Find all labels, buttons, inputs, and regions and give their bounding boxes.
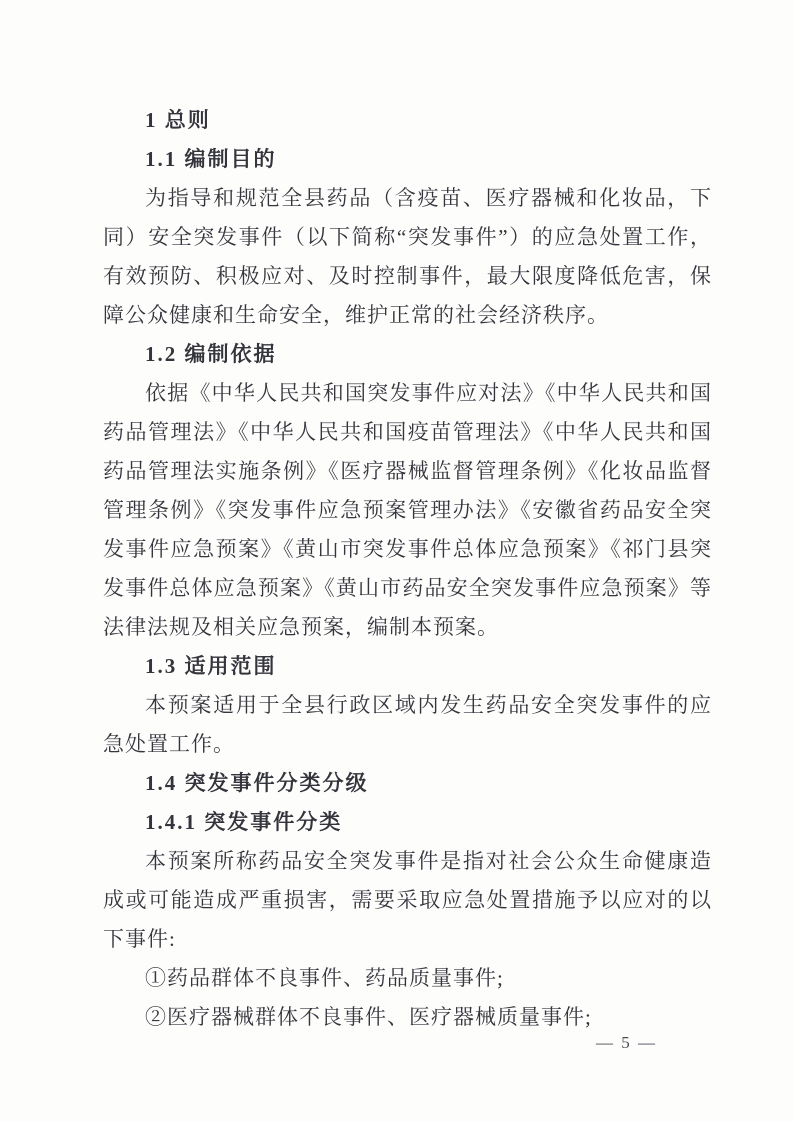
- page-number: — 5 —: [596, 1033, 657, 1053]
- paragraph-1-1: 为指导和规范全县药品（含疫苗、医疗器械和化妆品，下同）安全突发事件（以下简称“突…: [103, 179, 712, 335]
- list-item-drug-events: ①药品群体不良事件、药品质量事件;: [103, 959, 712, 998]
- document-page: 1 总则 1.1 编制目的 为指导和规范全县药品（含疫苗、医疗器械和化妆品，下同…: [0, 0, 793, 1122]
- list-item-device-events: ②医疗器械群体不良事件、医疗器械质量事件;: [103, 998, 712, 1037]
- heading-1-4-1: 1.4.1 突发事件分类: [103, 803, 712, 842]
- paragraph-1-3: 本预案适用于全县行政区域内发生药品安全突发事件的应急处置工作。: [103, 686, 712, 764]
- document-content: 1 总则 1.1 编制目的 为指导和规范全县药品（含疫苗、医疗器械和化妆品，下同…: [103, 101, 712, 1037]
- paragraph-1-4-1: 本预案所称药品安全突发事件是指对社会公众生命健康造成或可能造成严重损害，需要采取…: [103, 842, 712, 959]
- heading-1-4: 1.4 突发事件分类分级: [103, 764, 712, 803]
- heading-chapter-1: 1 总则: [103, 101, 712, 140]
- heading-1-2: 1.2 编制依据: [103, 335, 712, 374]
- heading-1-1: 1.1 编制目的: [103, 140, 712, 179]
- paragraph-1-2: 依据《中华人民共和国突发事件应对法》《中华人民共和国药品管理法》《中华人民共和国…: [103, 374, 712, 647]
- heading-1-3: 1.3 适用范围: [103, 647, 712, 686]
